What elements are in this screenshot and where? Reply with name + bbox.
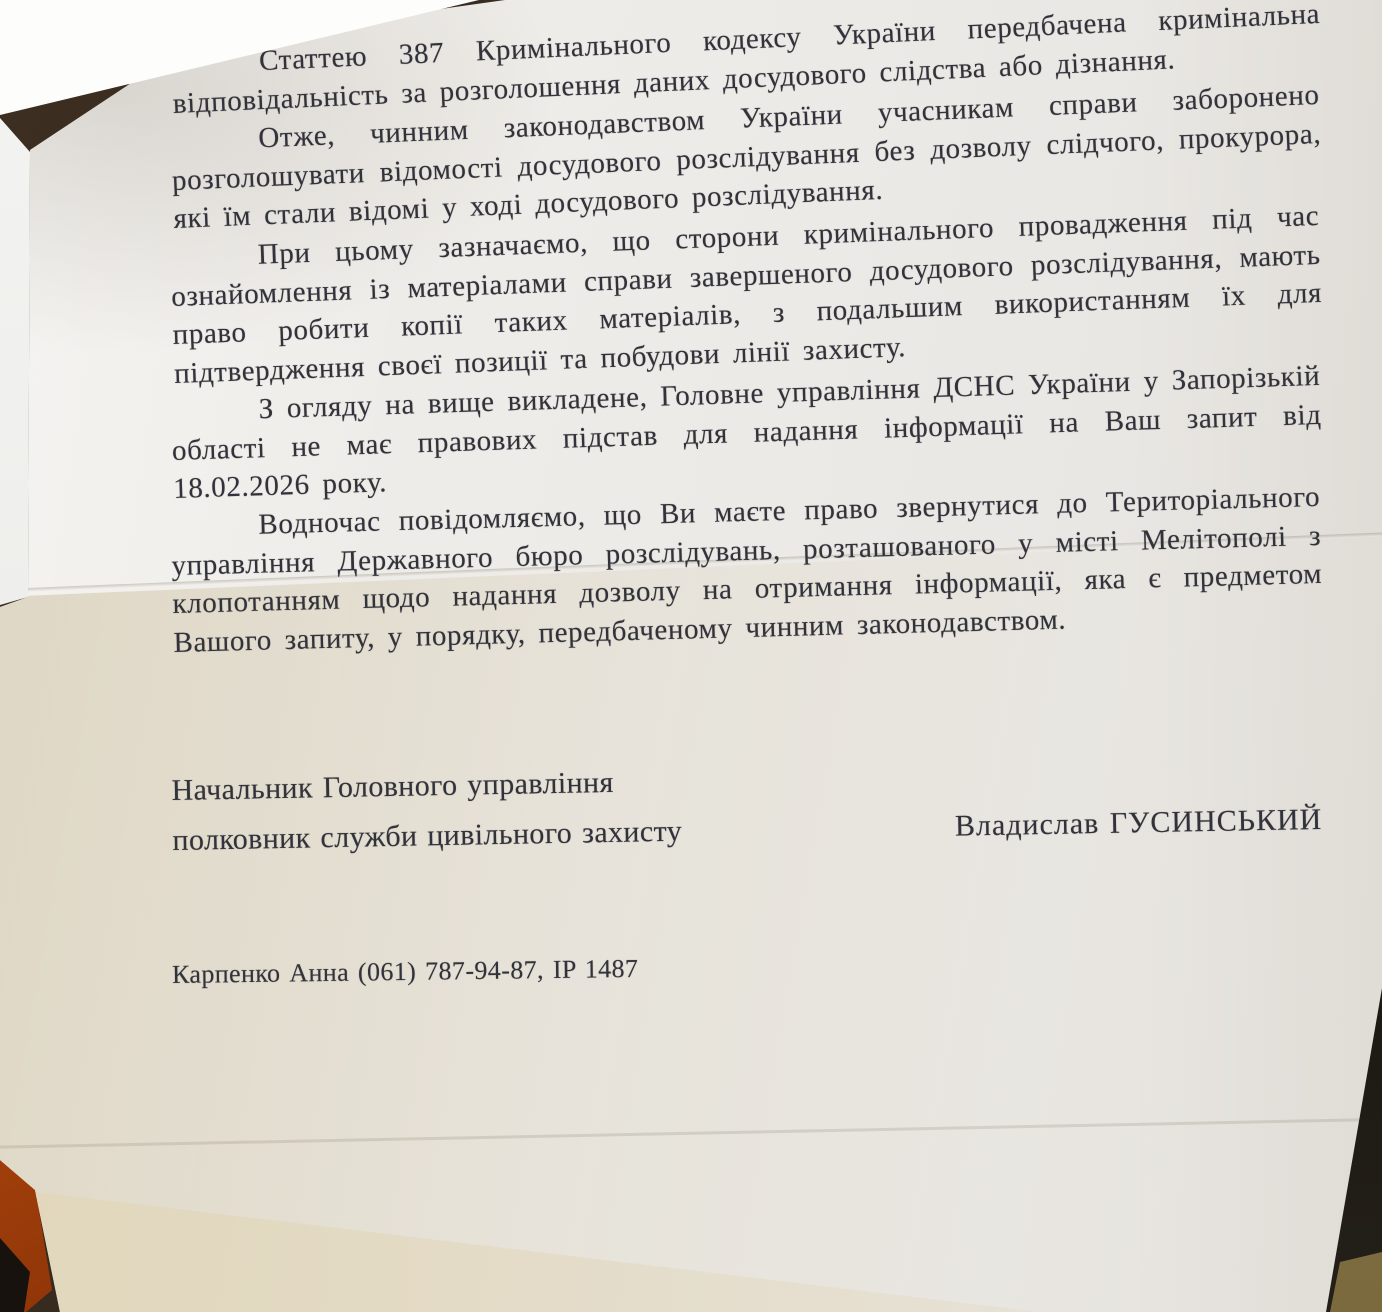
signatory-position: Начальник Головного управління полковник…: [171, 757, 682, 866]
letter-paragraph: Водночас повідомляємо, що Ви маєте право…: [170, 478, 1324, 662]
executor-contact-line: Карпенко Анна (061) 787-94-87, IP 1487: [172, 943, 1322, 992]
signatory-name: Владислав ГУСИНСЬКИЙ: [954, 795, 1322, 852]
signatory-position-line: полковник служби цивільного захисту: [172, 807, 683, 866]
signature-block: Начальник Головного управління полковник…: [171, 745, 1323, 866]
letter-paper: Статтею 387 Кримінального кодексу Україн…: [0, 0, 1382, 1312]
photo-scene: Статтею 387 Кримінального кодексу Україн…: [0, 0, 1382, 1312]
letter-body: Статтею 387 Кримінального кодексу Україн…: [172, 46, 1322, 992]
